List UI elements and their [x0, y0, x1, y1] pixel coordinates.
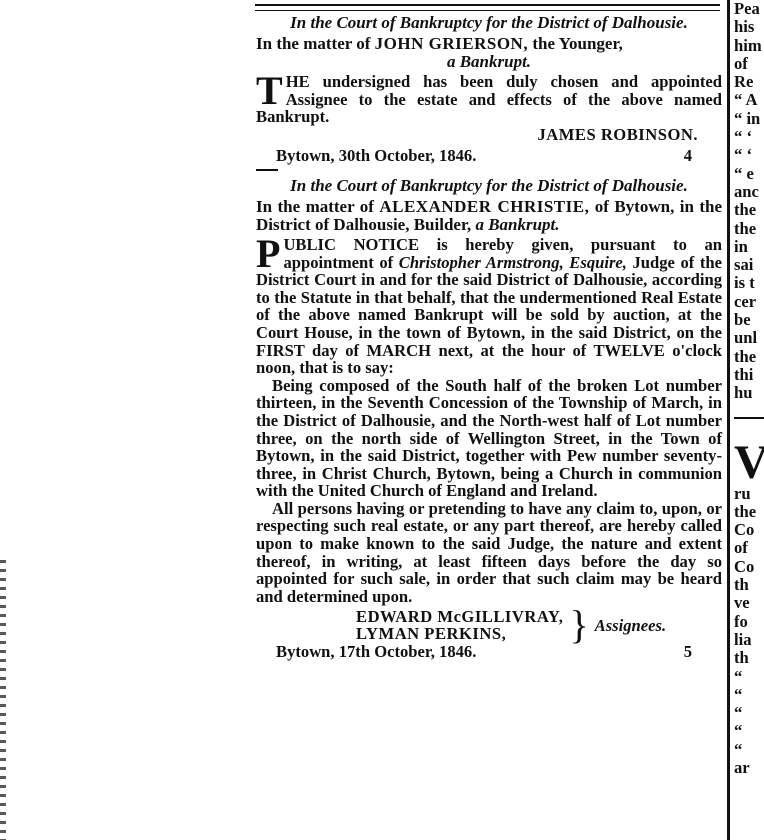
- judge-name: Christopher Armstrong, Esquire,: [399, 253, 627, 272]
- notice-body: THE undersigned has been duly chosen and…: [256, 73, 722, 126]
- main-column: In the Court of Bankruptcy for the Distr…: [256, 12, 722, 661]
- fragment-line: “: [734, 668, 764, 686]
- dateline-text: Bytown, 17th October, 1846.: [276, 643, 476, 661]
- fragment-line: “ e: [734, 165, 764, 183]
- fragment-line: in: [734, 238, 764, 256]
- body-text: HE undersigned has been duly chosen and …: [256, 72, 722, 126]
- fragment-line: Pea: [734, 0, 764, 18]
- assignees-block: EDWARD McGILLIVRAY, LYMAN PERKINS, } Ass…: [356, 607, 722, 643]
- property-description: Being composed of the South half of the …: [256, 377, 722, 500]
- dateline: Bytown, 30th October, 1846. 4: [256, 147, 722, 165]
- matter-prefix: In the matter of: [256, 34, 375, 53]
- fragment-line: Re: [734, 73, 764, 91]
- fragment-line: “ A: [734, 91, 764, 109]
- fragment-line: thi: [734, 366, 764, 384]
- fragment-line: th: [734, 649, 764, 667]
- notice-grierson: In the Court of Bankruptcy for the Distr…: [256, 14, 722, 171]
- fragment-line: him: [734, 37, 764, 55]
- drop-cap: P: [256, 238, 280, 270]
- insertion-number: 4: [684, 147, 692, 165]
- body-text: Judge of the District Court in and for t…: [256, 253, 722, 378]
- signature: JAMES ROBINSON.: [256, 126, 722, 144]
- fragment-line: ar: [734, 759, 764, 777]
- fragment-line: the: [734, 201, 764, 219]
- fragment-line: the: [734, 348, 764, 366]
- matter-italic: a Bankrupt.: [475, 215, 559, 234]
- bankrupt-name: JOHN GRIERSON,: [375, 34, 528, 53]
- section-rule: [256, 169, 278, 171]
- fragment-line: sai: [734, 256, 764, 274]
- drop-cap: V: [734, 441, 764, 485]
- fragment-line: Co: [734, 558, 764, 576]
- fragment-line: Co: [734, 521, 764, 539]
- fragment-line: unl: [734, 329, 764, 347]
- fragment-line: the: [734, 220, 764, 238]
- top-rule-secondary: [255, 10, 720, 11]
- fragment-line: of: [734, 539, 764, 557]
- matter-line: In the matter of JOHN GRIERSON, the Youn…: [256, 35, 722, 53]
- drop-cap: T: [256, 75, 283, 107]
- fragment-line: “: [734, 704, 764, 722]
- public-notice-paragraph: PUBLIC NOTICE is hereby given, pursuant …: [256, 236, 722, 377]
- fragment-line: “ ‘: [734, 128, 764, 146]
- fragment-list-bottom: ru the Co of Co th ve fo lia th “ “ “ “ …: [734, 485, 764, 778]
- fragment-line: the: [734, 503, 764, 521]
- top-rule: [255, 0, 720, 6]
- fragment-line: cer: [734, 293, 764, 311]
- court-heading: In the Court of Bankruptcy for the Distr…: [256, 177, 722, 194]
- fragment-line: be: [734, 311, 764, 329]
- fragment-line: his: [734, 18, 764, 36]
- fragment-line: “: [734, 722, 764, 740]
- fragment-line: “: [734, 686, 764, 704]
- scan-margin-artifact: [0, 560, 6, 840]
- public-notice-caps: UBLIC NOTICE: [283, 235, 419, 254]
- column-divider: [727, 0, 730, 840]
- notice-christie: In the Court of Bankruptcy for the Distr…: [256, 177, 722, 661]
- assignee-names: EDWARD McGILLIVRAY, LYMAN PERKINS,: [356, 608, 563, 643]
- section-rule: [734, 417, 764, 419]
- fragment-line: th: [734, 576, 764, 594]
- fragment-line: anc: [734, 183, 764, 201]
- fragment-line: ve: [734, 594, 764, 612]
- fragment-line: hu: [734, 384, 764, 402]
- dateline-text: Bytown, 30th October, 1846.: [276, 147, 476, 165]
- fragment-line: “: [734, 741, 764, 759]
- fragment-list-top: Pea his him of Re “ A “ in “ ‘ “ ‘ “ e a…: [734, 0, 764, 403]
- fragment-line: “ in: [734, 110, 764, 128]
- assignee-role: Assignees.: [595, 617, 666, 635]
- court-heading: In the Court of Bankruptcy for the Distr…: [256, 14, 722, 31]
- fragment-line: “ ‘: [734, 146, 764, 164]
- fragment-line: fo: [734, 613, 764, 631]
- matter-suffix: the Younger,: [528, 34, 623, 53]
- fragment-line: lia: [734, 631, 764, 649]
- assignee-name: EDWARD McGILLIVRAY,: [356, 608, 563, 626]
- fragment-line: of: [734, 55, 764, 73]
- brace-glyph: }: [569, 607, 588, 643]
- claims-paragraph: All persons having or pretending to have…: [256, 500, 722, 606]
- assignee-name: LYMAN PERKINS,: [356, 625, 563, 643]
- matter-prefix: In the matter of: [256, 197, 379, 216]
- adjacent-column: Pea his him of Re “ A “ in “ ‘ “ ‘ “ e a…: [734, 0, 764, 777]
- fragment-line: is t: [734, 274, 764, 292]
- matter-line: In the matter of ALEXANDER CHRISTIE, of …: [256, 198, 722, 234]
- matter-italic: a Bankrupt.: [256, 53, 722, 71]
- insertion-number: 5: [684, 643, 692, 661]
- dateline: Bytown, 17th October, 1846. 5: [256, 643, 722, 661]
- bankrupt-name: ALEXANDER CHRISTIE,: [379, 197, 589, 216]
